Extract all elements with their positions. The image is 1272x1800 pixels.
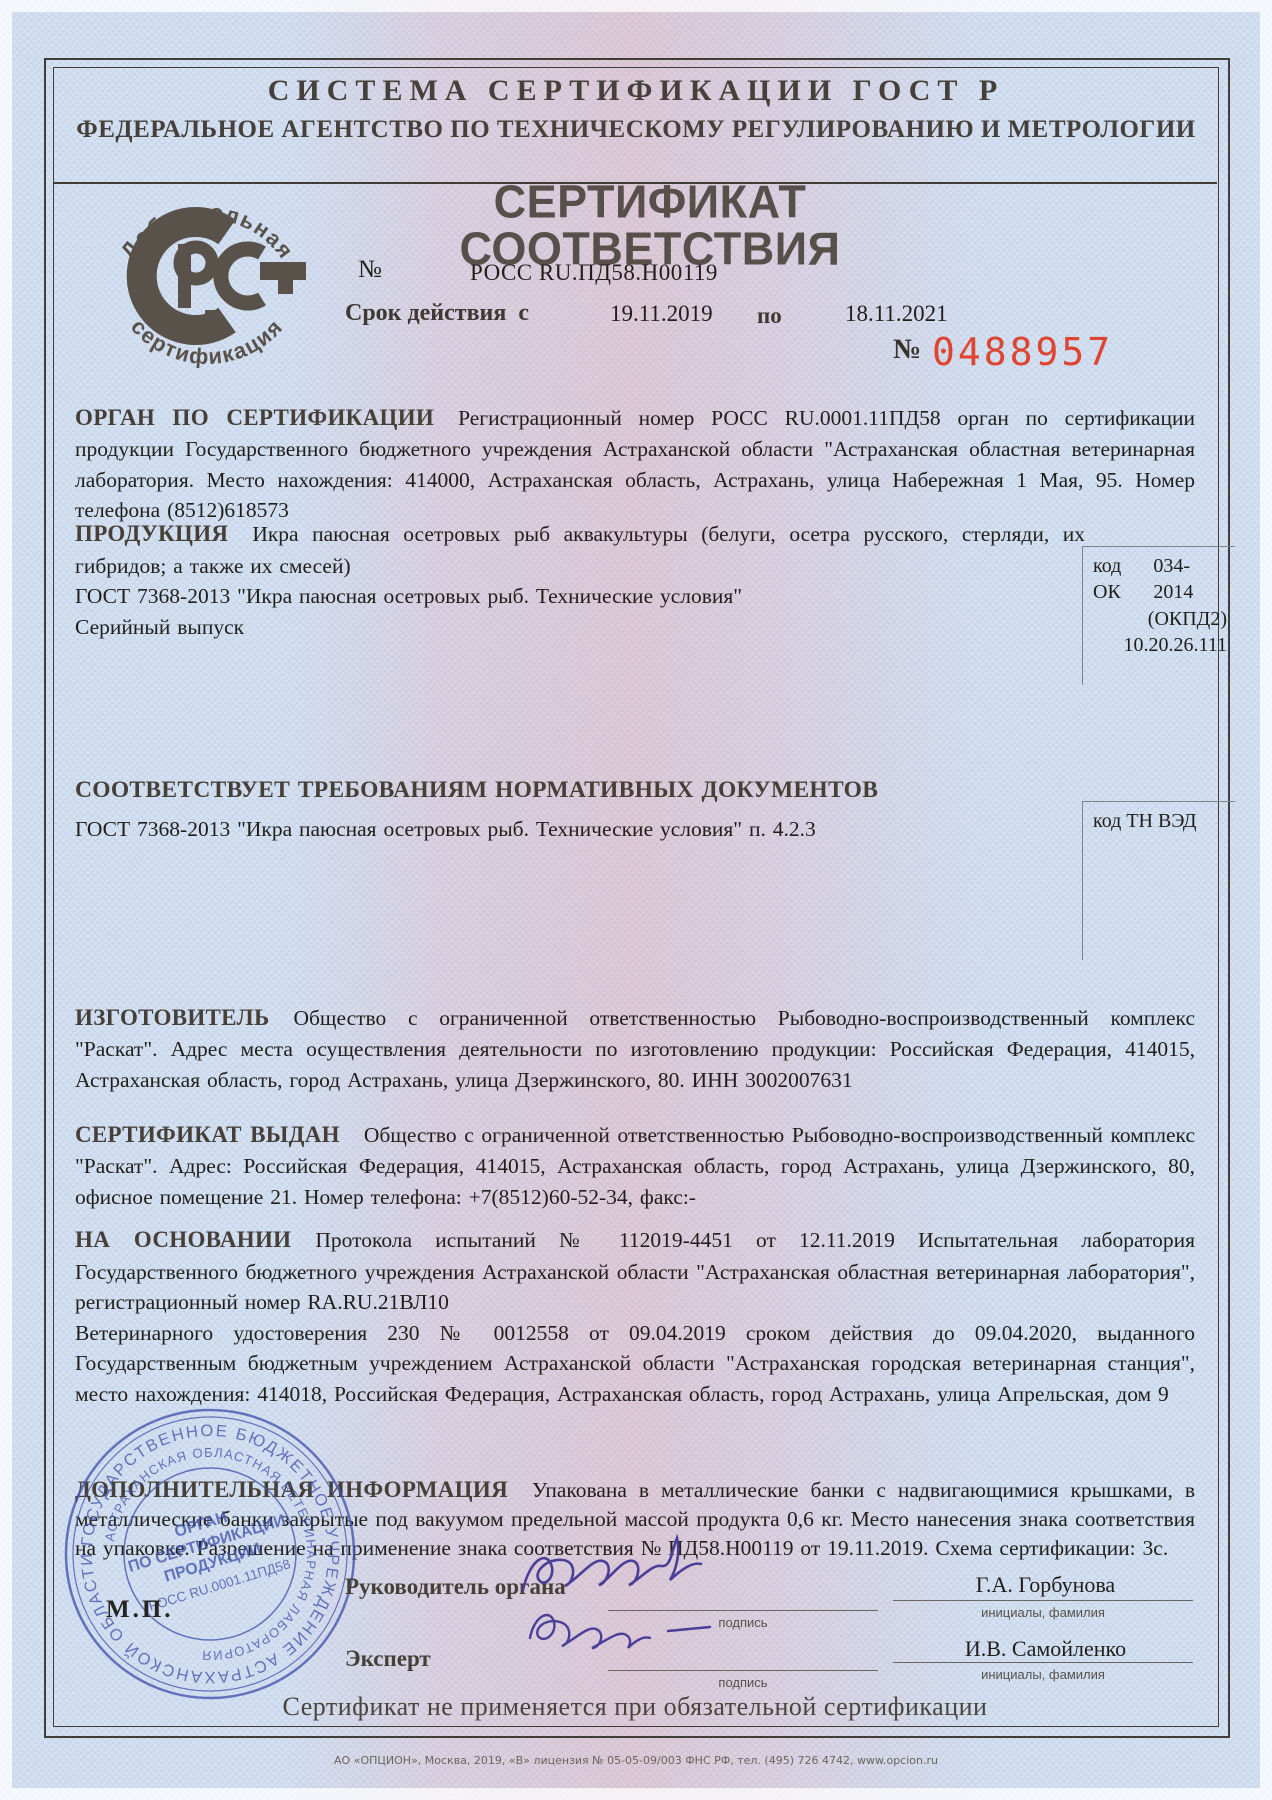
blank-number-sign: № <box>893 334 921 366</box>
basis-paragraph-2: Ветеринарного удостоверения 230 № 001255… <box>75 1318 1195 1410</box>
expert-name-caption: инициалы, фамилия <box>893 1667 1193 1682</box>
head-name: Г.А. Горбунова <box>898 1572 1193 1598</box>
tnved-code-box: код ТН ВЭД <box>1082 801 1235 960</box>
printer-footer: АО «ОПЦИОН», Москва, 2019, «В» лицензия … <box>0 1754 1272 1767</box>
validity-date-to: 18.11.2021 <box>845 301 948 327</box>
validity-date-from: 19.11.2019 <box>610 301 713 327</box>
organ-heading: ОРГАН ПО СЕРТИФИКАЦИИ <box>75 405 434 430</box>
compliance-text: ГОСТ 7368-2013 "Икра паюсная осетровых р… <box>75 814 1085 845</box>
basis-section: НА ОСНОВАНИИПротокола испытаний № 112019… <box>75 1224 1195 1409</box>
bottom-note: Сертификат не применяется при обязательн… <box>75 1692 1195 1722</box>
production-paragraph: ПРОДУКЦИЯИкра паюсная осетровых рыб аква… <box>75 518 1085 581</box>
tnved-code-label: код ТН ВЭД <box>1093 808 1229 834</box>
rst-logo-icon: Добровольная сертификация <box>92 182 322 368</box>
production-section: ПРОДУКЦИЯИкра паюсная осетровых рыб аква… <box>75 518 1195 642</box>
issued-section: СЕРТИФИКАТ ВЫДАНОбщество с ограниченной … <box>75 1119 1195 1213</box>
production-gost-line: ГОСТ 7368-2013 "Икра паюсная осетровых р… <box>75 581 1195 612</box>
ok-code-value-1: 034-2014 <box>1153 553 1229 606</box>
head-name-line <box>893 1600 1193 1601</box>
validity-label: Срок действия с <box>345 300 529 327</box>
blank-number-red: 0488957 <box>932 330 1113 374</box>
certificate-page: СИСТЕМА СЕРТИФИКАЦИИ ГОСТ Р ФЕДЕРАЛЬНОЕ … <box>0 0 1272 1800</box>
manufacturer-heading: ИЗГОТОВИТЕЛЬ <box>75 1005 269 1030</box>
expert-signature-line <box>608 1670 878 1671</box>
compliance-heading: СООТВЕТСТВУЕТ ТРЕБОВАНИЯМ НОРМАТИВНЫХ ДО… <box>75 774 1195 807</box>
document-title: СЕРТИФИКАТ СООТВЕТСТВИЯ <box>300 178 1000 272</box>
round-stamp-icon: ГОСУДАРСТВЕННОЕ БЮДЖЕТНОЕ УЧРЕЖДЕНИЕ АСТ… <box>58 1402 363 1707</box>
expert-name-line <box>893 1662 1193 1663</box>
organ-section: ОРГАН ПО СЕРТИФИКАЦИИРегистрационный ном… <box>75 402 1195 526</box>
expert-label: Эксперт <box>345 1646 431 1672</box>
validity-po-label: по <box>757 303 782 329</box>
ok-code-box: код ОК 034-2014 (ОКПД2) 10.20.26.111 <box>1082 546 1235 685</box>
basis-heading: НА ОСНОВАНИИ <box>75 1227 291 1252</box>
expert-signature-caption: подпись <box>608 1675 878 1690</box>
issued-heading: СЕРТИФИКАТ ВЫДАН <box>75 1122 340 1147</box>
ok-code-label: код ОК <box>1093 553 1153 606</box>
expert-signature-icon <box>520 1598 720 1678</box>
agency-title: ФЕДЕРАЛЬНОЕ АГЕНТСТВО ПО ТЕХНИЧЕСКОМУ РЕ… <box>60 116 1212 144</box>
cert-number-label: № <box>358 256 382 284</box>
cert-number-value: РОСС RU.ПД58.H00119 <box>470 260 718 286</box>
ok-code-value-2: (ОКПД2) <box>1093 606 1229 632</box>
production-serial-line: Серийный выпуск <box>75 612 1195 643</box>
manufacturer-section: ИЗГОТОВИТЕЛЬОбщество с ограниченной отве… <box>75 1002 1195 1096</box>
mp-seal-label: М.П. <box>106 1596 174 1624</box>
ok-code-value-3: 10.20.26.111 <box>1093 632 1229 658</box>
system-title: СИСТЕМА СЕРТИФИКАЦИИ ГОСТ Р <box>60 74 1212 108</box>
compliance-section: СООТВЕТСТВУЕТ ТРЕБОВАНИЯМ НОРМАТИВНЫХ ДО… <box>75 774 1195 845</box>
head-name-caption: инициалы, фамилия <box>893 1605 1193 1620</box>
expert-name: И.В. Самойленко <box>898 1636 1193 1662</box>
production-heading: ПРОДУКЦИЯ <box>75 521 228 546</box>
basis-paragraph-1: НА ОСНОВАНИИПротокола испытаний № 112019… <box>75 1224 1195 1318</box>
